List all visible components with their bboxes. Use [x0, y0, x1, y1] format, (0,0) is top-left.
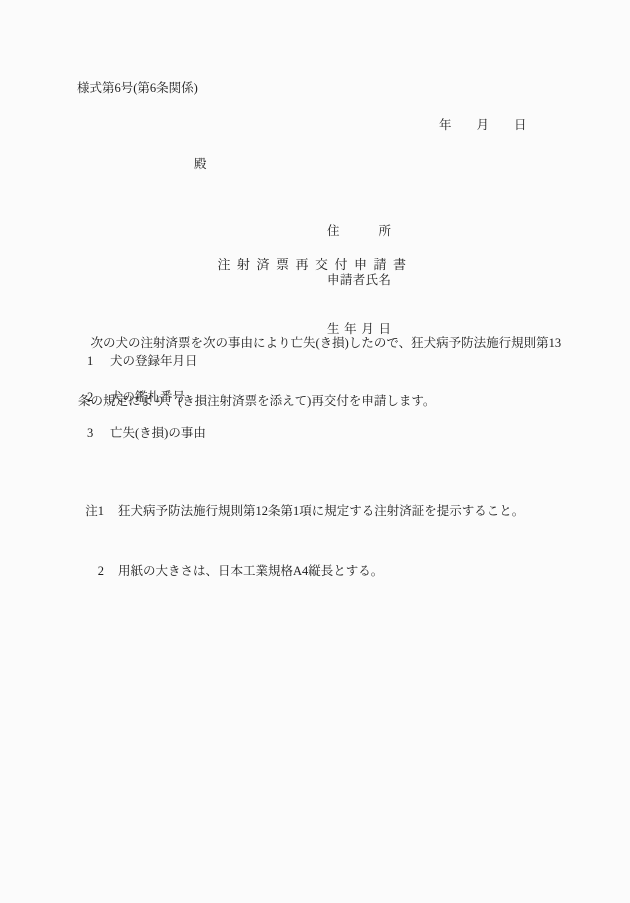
notes-block: 注1 狂犬病予防法施行規則第12条第1項に規定する注射済証を提示すること。 2 … — [77, 461, 524, 621]
document-title: 注射済票再交付申請書 — [0, 257, 630, 274]
addressee-honorific: 殿 — [194, 156, 207, 172]
application-form-page: 様式第6号(第6条関係) 年 月 日 殿 住所 申請者氏名 生年月日 注射済票再… — [0, 0, 630, 903]
item-number: 1 — [87, 353, 94, 369]
note-text: 用紙の大きさは、日本工業規格A4縦長とする。 — [118, 561, 383, 581]
date-line: 年 月 日 — [439, 117, 527, 133]
note-row-1: 注1 狂犬病予防法施行規則第12条第1項に規定する注射済証を提示すること。 — [77, 501, 524, 521]
list-item-license-number: 2 犬の鑑札番号 — [87, 389, 185, 405]
item-number: 2 — [87, 389, 94, 405]
note-row-2: 2 用紙の大きさは、日本工業規格A4縦長とする。 — [77, 561, 524, 581]
item-label: 犬の登録年月日 — [110, 353, 198, 369]
note-number: 注1 — [77, 501, 104, 521]
form-number: 様式第6号(第6条関係) — [77, 80, 198, 96]
list-item-registration-date: 1 犬の登録年月日 — [87, 353, 198, 369]
list-item-loss-reason: 3 亡失(き損)の事由 — [87, 425, 206, 441]
applicant-address-label: 住所 — [327, 223, 391, 239]
item-label: 亡失(き損)の事由 — [110, 425, 206, 441]
note-number: 2 — [77, 561, 104, 581]
note-text: 狂犬病予防法施行規則第12条第1項に規定する注射済証を提示すること。 — [118, 501, 524, 521]
applicant-name-label: 申請者氏名 — [327, 272, 391, 288]
item-number: 3 — [87, 425, 94, 441]
item-label: 犬の鑑札番号 — [110, 389, 185, 405]
body-paragraph-line-1: 次の犬の注射済票を次の事由により亡失(き損)したので、狂犬病予防法施行規則第13 — [78, 334, 568, 353]
